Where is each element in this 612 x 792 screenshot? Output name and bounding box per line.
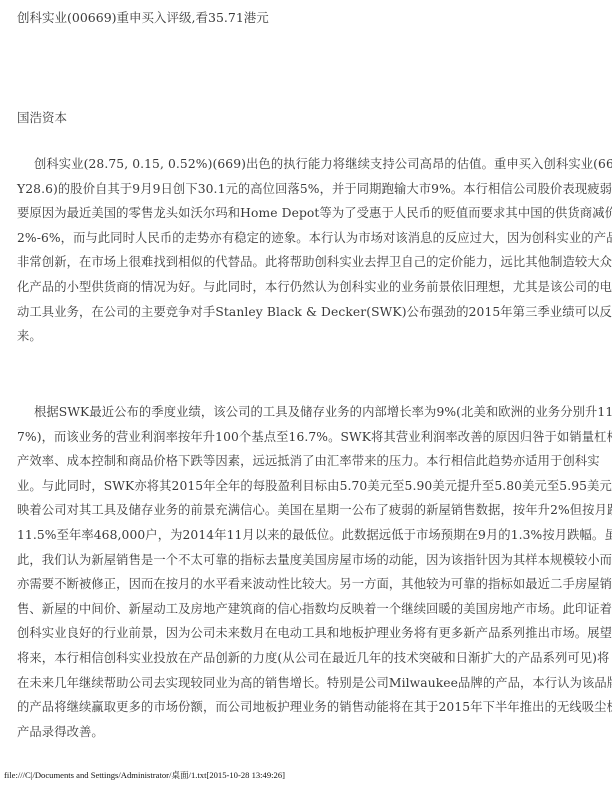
paragraph-line: 要原因为最近美国的零售龙头如沃尔玛和Home Depot等为了受惠于人民币的贬值… xyxy=(17,201,597,226)
paragraph-line: 动工具业务，在公司的主要竞争对手Stanley Black & Decker(S… xyxy=(17,300,597,325)
paragraph-line: 将来，本行相信创科实业投放在产品创新的力度(从公司在最近几年的技术突破和日渐扩大… xyxy=(17,646,597,671)
paragraph-line: 来。 xyxy=(17,324,597,349)
paragraph-line: 此，我们认为新屋销售是一个不太可靠的指标去量度美国房屋市场的动能，因为该指针因为… xyxy=(17,548,597,573)
article-source: 国浩资本 xyxy=(17,108,67,128)
file-path-footer: file:///C|/Documents and Settings/Admini… xyxy=(4,769,285,781)
paragraph-line: 产品录得改善。 xyxy=(17,720,597,745)
paragraph-line: 根据SWK最近公布的季度业绩，该公司的工具及储存业务的内部增长率为9%(北美和欧… xyxy=(17,400,597,425)
paragraph-line: 产效率、成本控制和商品价格下跌等因素，远远抵消了由汇率带来的压力。本行相信此趋势… xyxy=(17,449,597,474)
paragraph-line: 的产品将继续赢取更多的市场份额，而公司地板护理业务的销售动能将在其于2015年下… xyxy=(17,695,597,720)
paragraph-1: 创科实业(28.75, 0.15, 0.52%)(669)出色的执行能力将继续支… xyxy=(17,152,597,349)
paragraph-line: 售、新屋的中间价、新屋动工及房地产建筑商的信心指数均反映着一个继续回暖的美国房地… xyxy=(17,597,597,622)
paragraph-line: Y28.6)的股价自其于9月9日创下30.1元的高位回落5%，并于同期跑输大市9… xyxy=(17,177,597,202)
paragraph-line: 在未来几年继续帮助公司去实现较同业为高的销售增长。特别是公司Milwaukee品… xyxy=(17,671,597,696)
article-title: 创科实业(00669)重申买入评级,看35.71港元 xyxy=(17,8,269,28)
paragraph-line: 创科实业良好的行业前景，因为公司未来数月在电动工具和地板护理业务将有更多新产品系… xyxy=(17,621,597,646)
paragraph-line: 11.5%至年率468,000户，为2014年11月以来的最低位。此数据远低于市… xyxy=(17,523,597,548)
paragraph-line: 7%)，而该业务的营业利润率按年升100个基点至16.7%。SWK将其营业利润率… xyxy=(17,425,597,450)
paragraph-line: 创科实业(28.75, 0.15, 0.52%)(669)出色的执行能力将继续支… xyxy=(17,152,597,177)
paragraph-line: 2%-6%，而与此同时人民币的走势亦有稳定的迹象。本行认为市场对该消息的反应过大… xyxy=(17,226,597,251)
paragraph-2: 根据SWK最近公布的季度业绩，该公司的工具及储存业务的内部增长率为9%(北美和欧… xyxy=(17,400,597,744)
paragraph-line: 化产品的小型供货商的情况为好。与此同时，本行仍然认为创科实业的业务前景依旧理想，… xyxy=(17,275,597,300)
paragraph-line: 亦需要不断被修正，因而在按月的水平看来波动性比较大。另一方面，其他较为可靠的指标… xyxy=(17,572,597,597)
paragraph-line: 非常创新，在市场上很难找到相似的代替品。此将帮助创科实业去捍卫自己的定价能力，远… xyxy=(17,250,597,275)
paragraph-line: 映着公司对其工具及储存业务的前景充满信心。美国在星期一公布了疲弱的新屋销售数据，… xyxy=(17,498,597,523)
paragraph-line: 业。与此同时，SWK亦将其2015年全年的每股盈利目标由5.70美元至5.90美… xyxy=(17,474,597,499)
